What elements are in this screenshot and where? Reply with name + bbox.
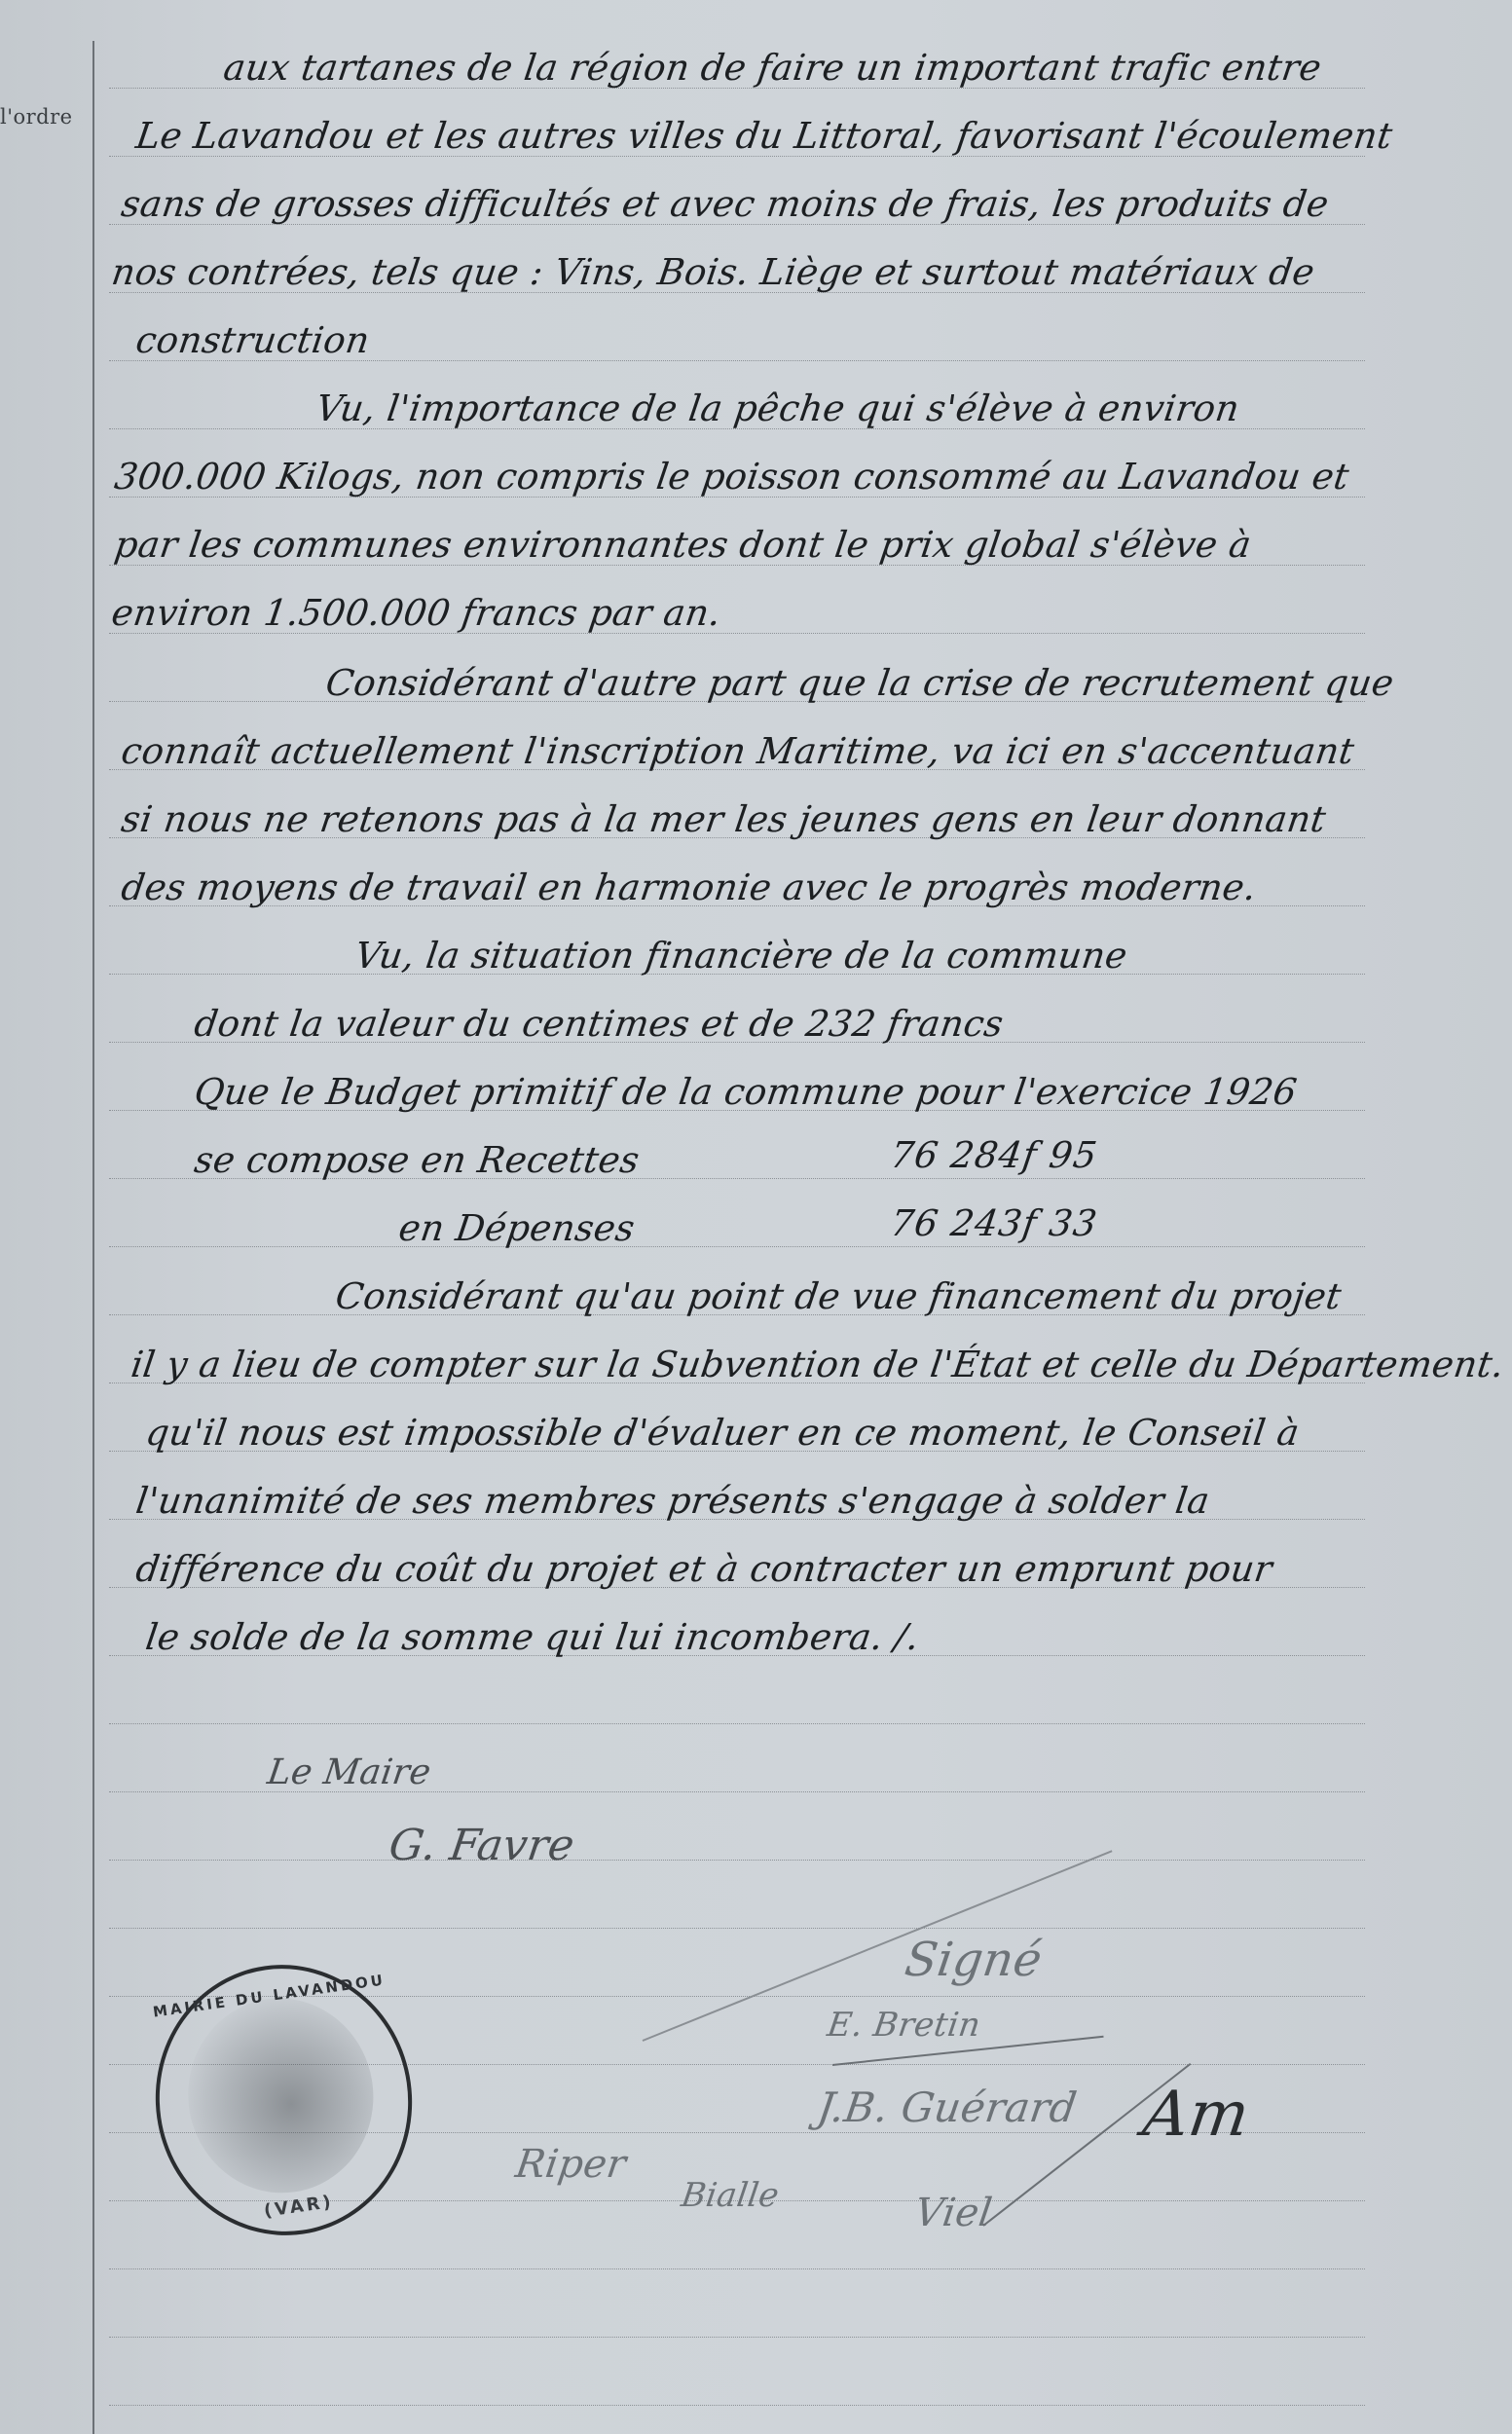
signature-riper: Riper	[513, 2142, 629, 2187]
body-line: le solde de la somme qui lui incombera. …	[143, 1616, 922, 1658]
margin-label: l'ordre	[0, 105, 73, 129]
body-line: différence du coût du projet et à contra…	[133, 1548, 1275, 1590]
body-line: Considérant d'autre part que la crise de…	[323, 662, 1396, 704]
body-line: sans de grosses difficultés et avec moin…	[119, 183, 1331, 225]
ruled-line	[109, 2405, 1365, 2406]
document-page: l'ordre aux tartanes de la région de fai…	[0, 0, 1512, 2434]
margin-rule	[92, 41, 94, 2434]
ruled-line	[109, 1246, 1365, 1247]
body-line: connaît actuellement l'inscription Marit…	[119, 730, 1357, 772]
body-line: dont la valeur du centimes et de 232 fra…	[192, 1003, 1006, 1045]
body-line: Que le Budget primitif de la commune pou…	[192, 1071, 1300, 1113]
budget-depenses-value: 76 243f 33	[888, 1202, 1100, 1244]
body-line: aux tartanes de la région de faire un im…	[221, 47, 1324, 89]
body-line: des moyens de travail en harmonie avec l…	[119, 867, 1259, 908]
signature-bretin: E. Bretin	[825, 2006, 983, 2045]
body-line: il y a lieu de compter sur la Subvention…	[129, 1344, 1507, 1385]
body-line: Vu, l'importance de la pêche qui s'élève…	[313, 387, 1242, 429]
body-line: Le Lavandou et les autres villes du Litt…	[133, 115, 1395, 157]
seal-emblem	[175, 1986, 386, 2204]
budget-recettes-value: 76 284f 95	[888, 1134, 1100, 1176]
signature-bialle: Bialle	[679, 2176, 781, 2215]
body-line: Considérant qu'au point de vue financeme…	[333, 1275, 1344, 1317]
body-line: si nous ne retenons pas à la mer les jeu…	[119, 798, 1329, 840]
signature-guerard: J.B. Guérard	[815, 2084, 1081, 2131]
mayor-signature: G. Favre	[386, 1821, 577, 1870]
body-line: par les communes environnantes dont le p…	[112, 524, 1254, 566]
ruled-line	[109, 1860, 1365, 1861]
body-line: construction	[133, 319, 372, 361]
ruled-line	[109, 1928, 1365, 1929]
mayor-title: Le Maire	[265, 1752, 433, 1792]
budget-recettes-label: se compose en Recettes	[192, 1139, 642, 1181]
ruled-line	[109, 2337, 1365, 2338]
body-line: qu'il nous est impossible d'évaluer en c…	[143, 1412, 1302, 1454]
signature-viel: Viel	[912, 2191, 995, 2235]
ruled-line	[109, 1723, 1365, 1724]
ruled-line	[109, 2268, 1365, 2269]
budget-depenses-label: en Dépenses	[396, 1207, 638, 1249]
signature-signe: Signé	[902, 1933, 1046, 1987]
body-line: Vu, la situation financière de la commun…	[352, 935, 1130, 977]
body-line: 300.000 Kilogs, non compris le poisson c…	[112, 456, 1351, 498]
body-line: l'unanimité de ses membres présents s'en…	[133, 1480, 1212, 1522]
mairie-seal: MAIRIE DU LAVANDOU (VAR)	[138, 1948, 429, 2252]
body-line: environ 1.500.000 francs par an.	[109, 592, 723, 634]
body-line: nos contrées, tels que : Vins, Bois. Liè…	[109, 251, 1317, 293]
